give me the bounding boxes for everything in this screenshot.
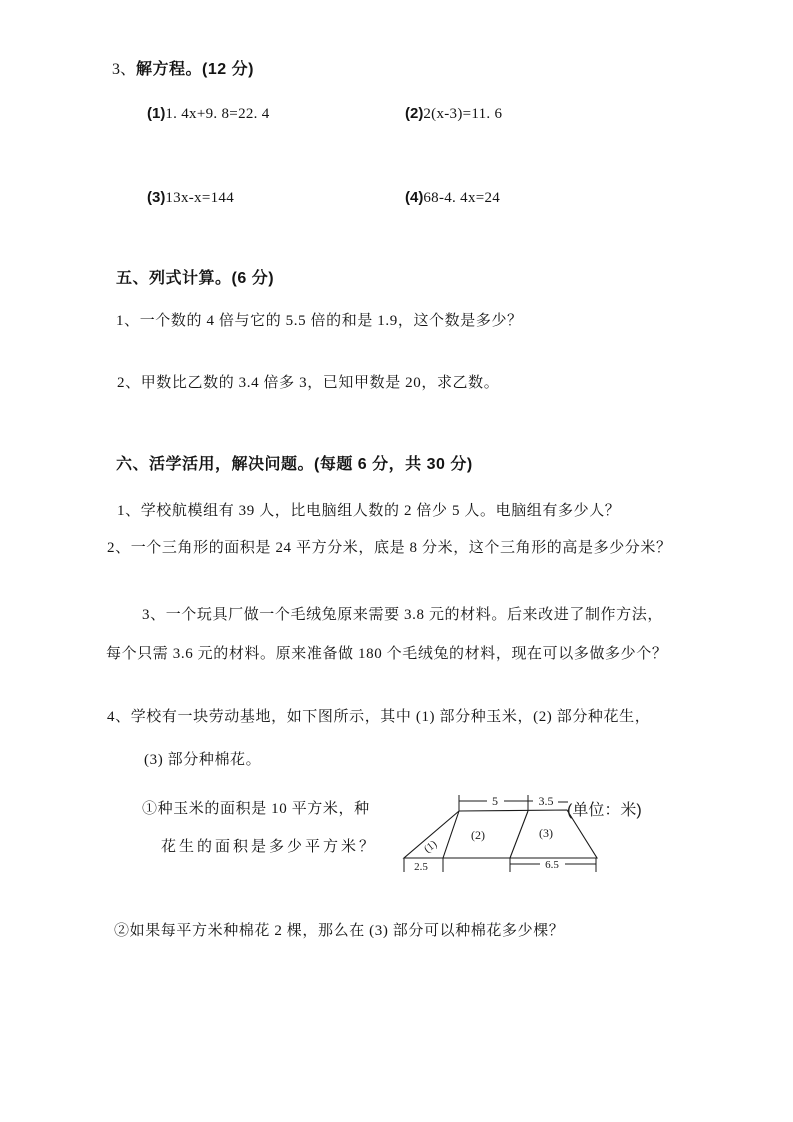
section-six-q4-line1: 4、学校有一块劳动基地，如下图所示，其中 (1) 部分种玉米，(2) 部分种花生… <box>107 706 650 728</box>
equation-4: (4)68-4. 4x=24 <box>405 187 500 209</box>
section-six-q1: 1、学校航模组有 39 人，比电脑组人数的 2 倍少 5 人。电脑组有多少人？ <box>117 500 620 522</box>
equation-3: (3)13x-x=144 <box>147 187 234 209</box>
equation-2: (2)2(x-3)=11. 6 <box>405 103 502 125</box>
section-six-q3-line2: 每个只需 3.6 元的材料。原来准备做 180 个毛绒兔的材料，现在可以多做多少… <box>106 643 667 665</box>
worksheet-page: 3、解方程。(12 分) (1)1. 4x+9. 8=22. 4 (2)2(x-… <box>0 0 793 1122</box>
equation-1-tag: (1) <box>147 105 165 122</box>
equation-1-expr: 1. 4x+9. 8=22. 4 <box>165 106 269 122</box>
equation-1: (1)1. 4x+9. 8=22. 4 <box>147 103 270 125</box>
section-five-heading: 五、列式计算。(6 分) <box>116 268 274 290</box>
solve-section-title: 解方程。 <box>136 61 202 78</box>
section-six-sub2: ②如果每平方米种棉花 2 棵，那么在 (3) 部分可以种棉花多少棵？ <box>114 920 564 942</box>
top-length-3-5-label: 3.5 <box>539 794 554 808</box>
equation-2-tag: (2) <box>405 105 423 122</box>
section-six-sub1-line2: 花生的面积是多少平方米？ <box>161 836 377 858</box>
equation-3-expr: 13x-x=144 <box>165 190 234 206</box>
divider-region2-region3 <box>510 811 528 858</box>
solve-section-number: 3、 <box>112 61 136 78</box>
bottom-right-length-label: 6.5 <box>545 859 559 871</box>
section-five-title: 五、列式计算。 <box>116 270 232 287</box>
section-five-q2: 2、甲数比乙数的 3.4 倍多 3，已知甲数是 20，求乙数。 <box>117 372 499 394</box>
solve-section-heading: 3、解方程。(12 分) <box>112 59 254 81</box>
region2-label: (2) <box>471 828 485 842</box>
section-six-q4-line2: (3) 部分种棉花。 <box>144 749 261 771</box>
top-length-5-label: 5 <box>492 794 498 808</box>
equation-3-tag: (3) <box>147 189 165 206</box>
section-six-title: 六、活学活用，解决问题。 <box>116 456 314 473</box>
equation-4-expr: 68-4. 4x=24 <box>423 190 500 206</box>
solve-section-score: (12 分) <box>202 61 254 78</box>
bottom-left-length-label: 2.5 <box>414 861 428 873</box>
section-six-q3-line1: 3、一个玩具厂做一个毛绒兔原来需要 3.8 元的材料。后来改进了制作方法， <box>142 604 663 626</box>
equation-4-tag: (4) <box>405 189 423 206</box>
section-six-q2: 2、一个三角形的面积是 24 平方分米，底是 8 分米，这个三角形的高是多少分米… <box>107 537 672 559</box>
section-five-q1: 1、一个数的 4 倍与它的 5.5 倍的和是 1.9，这个数是多少？ <box>116 310 523 332</box>
section-six-heading: 六、活学活用，解决问题。(每题 6 分，共 30 分) <box>116 454 473 476</box>
section-six-score: (每题 6 分，共 30 分) <box>314 456 473 473</box>
section-five-score: (6 分) <box>232 270 275 287</box>
region3-label: (3) <box>539 826 553 840</box>
unit-label: (单位：米) <box>567 801 642 819</box>
section-six-sub1-line1: ①种玉米的面积是 10 平方米，种 <box>142 798 370 820</box>
land-plot-figure: 5 3.5 (单位：米) (1) (2) (3) 2.5 6.5 <box>400 786 670 881</box>
equation-2-expr: 2(x-3)=11. 6 <box>423 106 502 122</box>
